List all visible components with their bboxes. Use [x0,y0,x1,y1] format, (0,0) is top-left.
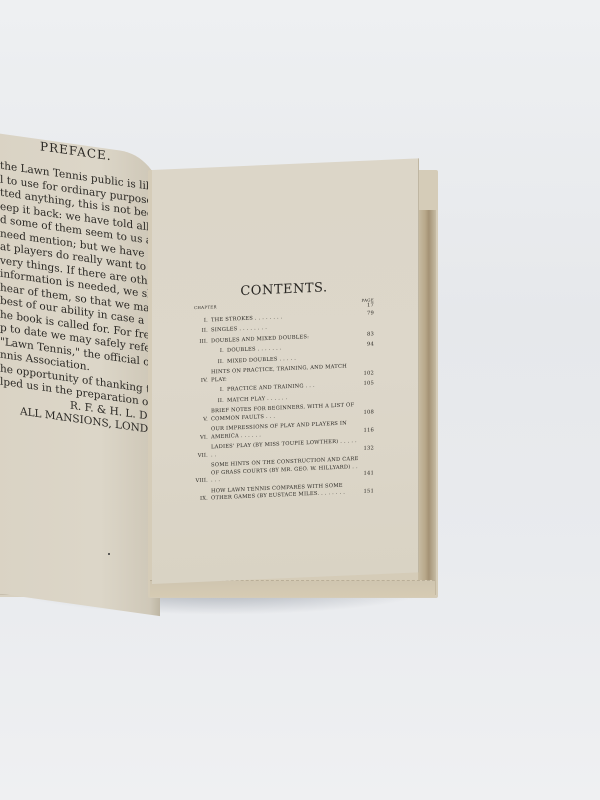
page-speck [108,553,110,555]
preface-body: the Lawn Tennis public is likely to re- … [0,160,160,443]
right-page-contents: CONTENTS. CHAPTER PAGE 17 I. THE STROKES… [152,158,419,584]
chapter-label: CHAPTER [194,304,217,310]
page-fore-edge [418,210,436,595]
preface-heading: PREFACE. [40,139,112,163]
contents-list: CONTENTS. CHAPTER PAGE 17 I. THE STROKES… [194,278,374,503]
page-bottom-edge [150,580,435,597]
left-page-preface: PREFACE. the Lawn Tennis public is likel… [0,128,160,616]
